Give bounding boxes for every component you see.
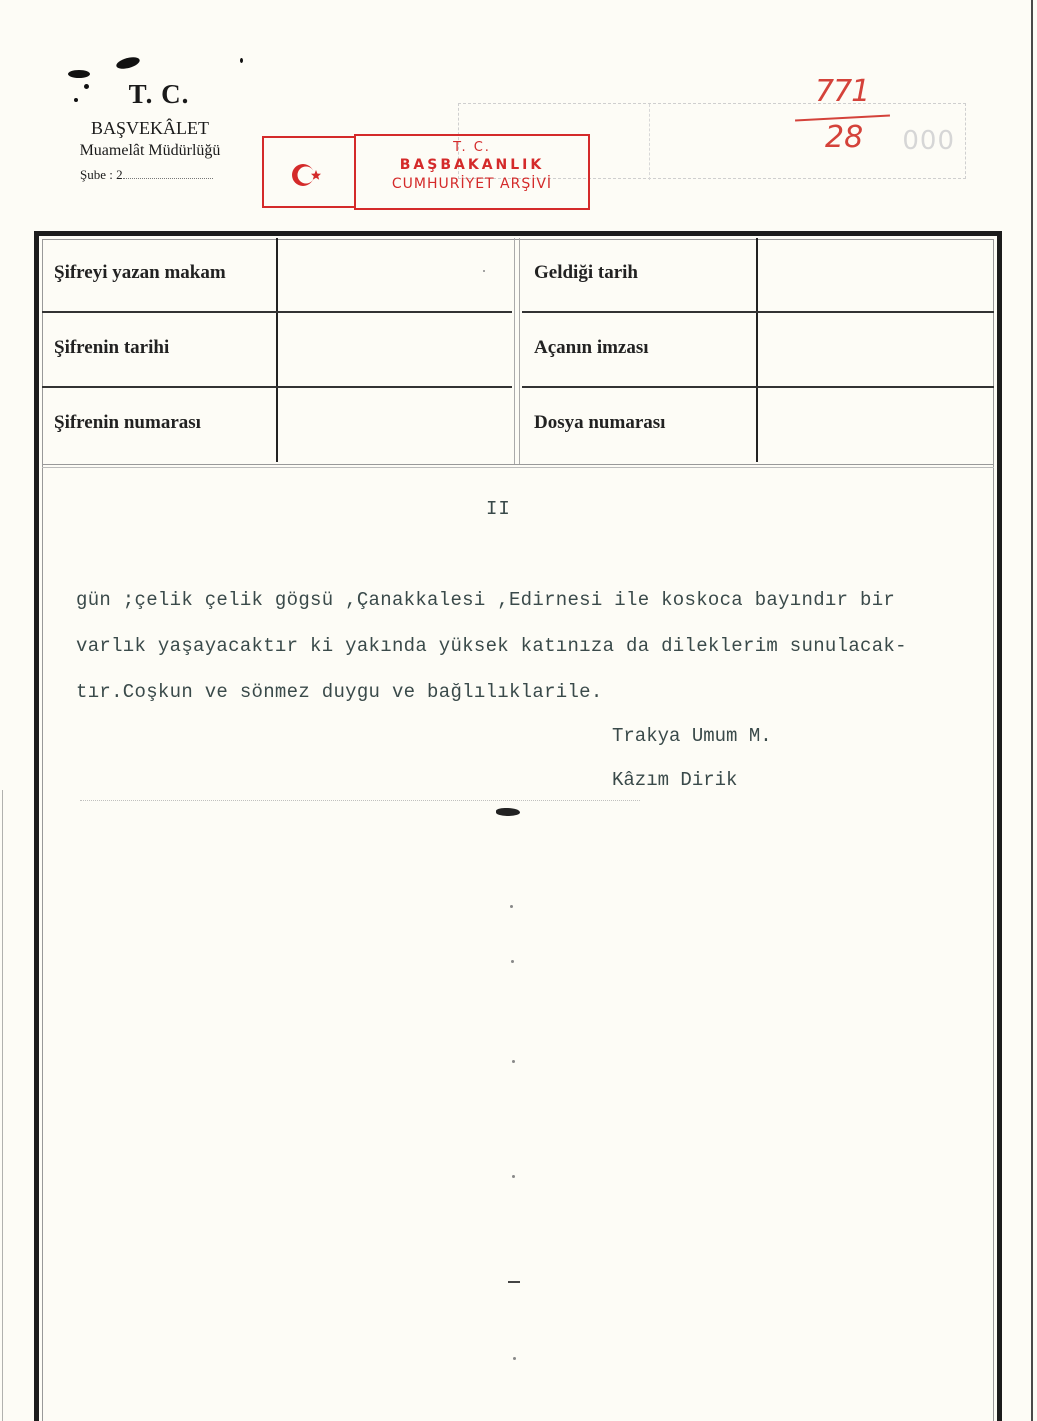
scan-speck [508, 1281, 520, 1283]
scan-speck [513, 1357, 516, 1360]
body-line: tır.Coşkun ve sönmez duygu ve bağlılıkla… [76, 678, 996, 724]
label-opener-signature: Açanın imzası [534, 313, 649, 387]
branch-dotted-line [123, 169, 213, 179]
ink-blot [115, 55, 141, 71]
section-number: II [486, 498, 511, 520]
value-writing-office [278, 238, 512, 312]
letterhead-department: Muamelât Müdürlüğü [50, 140, 250, 162]
letterhead-state: T. C. [50, 78, 250, 110]
scan-speck [512, 1060, 515, 1063]
scan-speck [511, 960, 514, 963]
ink-blot [240, 58, 243, 63]
info-table-right: Geldiği tarih Açanın imzası Dosya numara… [522, 238, 994, 464]
branch-label: Şube : 2 [80, 167, 123, 182]
label-arrival-date: Geldiği tarih [534, 238, 638, 312]
archive-number-top: 771 [795, 75, 895, 109]
stamp-line-3: CUMHURİYET ARŞİVİ [356, 174, 588, 194]
label-cipher-date: Şifrenin tarihi [54, 313, 169, 387]
table-row: Şifrenin tarihi [42, 313, 512, 387]
table-column-divider [514, 238, 520, 464]
label-writing-office: Şifreyi yazan makam [54, 238, 226, 312]
table-row: Geldiği tarih [522, 238, 994, 312]
signature-title: Trakya Umum M. [612, 722, 772, 766]
value-cipher-date [278, 313, 512, 387]
ink-blot [496, 808, 520, 816]
cipher-info-table: Şifreyi yazan makam Şifrenin tarihi Şifr… [42, 238, 994, 464]
message-body: gün ;çelik çelik gögsü ,Çanakkalesi ,Edi… [76, 586, 996, 724]
crescent-star-icon [290, 158, 324, 192]
stamp-text-box: T. C. BAŞBAKANLIK CUMHURİYET ARŞİVİ [354, 134, 590, 210]
table-bottom-rule [42, 464, 994, 468]
page-edge [1031, 0, 1033, 1421]
signature-block: Trakya Umum M. Kâzım Dirik [612, 722, 772, 810]
body-line: varlık yaşayacaktır ki yakında yüksek ka… [76, 632, 996, 678]
faint-stamp-digits: 000 [902, 126, 955, 156]
signature-name: Kâzım Dirik [612, 766, 772, 810]
stamp-line-2: BAŞBAKANLIK [356, 156, 588, 174]
page-fold [2, 790, 3, 1421]
info-table-left: Şifreyi yazan makam Şifrenin tarihi Şifr… [42, 238, 512, 464]
table-row: Şifreyi yazan makam [42, 238, 512, 312]
letterhead: T. C. BAŞVEKÂLET Muamelât Müdürlüğü Şube… [50, 78, 250, 184]
value-opener-signature [758, 313, 994, 387]
archive-number-bottom: 28 [795, 121, 895, 155]
letterhead-branch: Şube : 2 [50, 166, 250, 184]
stamp-line-1: T. C. [356, 140, 588, 156]
value-arrival-date [758, 238, 994, 312]
label-file-number: Dosya numarası [534, 388, 665, 462]
ink-blot [68, 70, 90, 78]
scan-speck [512, 1175, 515, 1178]
value-cipher-number [278, 388, 512, 462]
value-file-number [758, 388, 994, 462]
body-line: gün ;çelik çelik gögsü ,Çanakkalesi ,Edi… [76, 586, 996, 632]
table-row: Açanın imzası [522, 313, 994, 387]
scan-speck [510, 905, 513, 908]
letterhead-ministry: BAŞVEKÂLET [50, 116, 250, 140]
label-cipher-number: Şifrenin numarası [54, 388, 201, 462]
table-row: Şifrenin numarası [42, 388, 512, 462]
handwritten-archive-number: 771 28 [795, 75, 895, 155]
fold-line-artifact [80, 800, 640, 802]
archive-stamp: T. C. BAŞBAKANLIK CUMHURİYET ARŞİVİ [262, 132, 590, 212]
scan-speck [483, 270, 485, 272]
stamp-emblem-box [262, 136, 354, 208]
table-row: Dosya numarası [522, 388, 994, 462]
